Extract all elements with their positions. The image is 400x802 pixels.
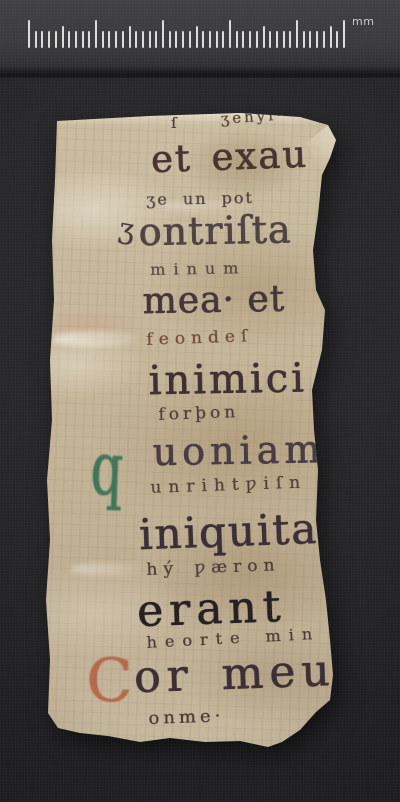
ruler-tick	[142, 31, 144, 48]
ruler-tick	[229, 20, 231, 48]
ruler-tick	[48, 31, 50, 48]
ruler-tick	[249, 31, 251, 48]
latin-iniquita: iniquita	[138, 504, 319, 559]
ruler-unit-label: mm	[352, 15, 374, 28]
manuscript-text-lines: ſʒehýſ·et exauʒe un potʒontriſtaminum⁊me…	[40, 105, 340, 755]
ruler-tick	[296, 20, 298, 48]
ruler-tick	[242, 31, 244, 48]
ruler-tick	[309, 31, 311, 48]
initial-quoniam-green: q	[89, 425, 124, 513]
gloss-on-me: onme·	[148, 705, 225, 729]
photograph: mm ſʒehýſ·et exauʒe un potʒontriſtaminum…	[0, 0, 400, 802]
ruler-tick	[196, 26, 198, 48]
manuscript-fragment: ſʒehýſ·et exauʒe un potʒontriſtaminum⁊me…	[40, 105, 340, 755]
ruler-tick	[108, 31, 110, 48]
gloss-forthon: forþon	[158, 402, 239, 425]
ruler-tick	[256, 31, 258, 48]
ruler-tick	[236, 31, 238, 48]
ruler-tick	[175, 31, 177, 48]
ruler: mm	[0, 0, 400, 78]
ruler-tick	[88, 31, 90, 48]
latin-contrista: ontriſta	[138, 207, 292, 254]
flourish-yogh: ʒ	[116, 211, 137, 246]
ruler-tick	[41, 31, 43, 48]
latin-or-meum: or meu	[133, 645, 336, 703]
ruler-tick	[162, 20, 164, 48]
gloss-top-partial-mark: ſ	[171, 114, 178, 132]
ruler-tick	[62, 26, 64, 48]
ruler-tick	[149, 31, 151, 48]
ruler-tick	[343, 20, 345, 48]
ruler-tick	[303, 31, 305, 48]
ruler-tick	[330, 26, 332, 48]
gloss-feondes: feondeſ	[146, 326, 253, 350]
latin-et-exaudi: et exau	[150, 133, 309, 181]
ruler-tick	[82, 31, 84, 48]
ruler-tick	[222, 31, 224, 48]
ruler-tick	[95, 20, 97, 48]
gloss-minum: minum	[150, 258, 246, 279]
ruler-tick	[276, 31, 278, 48]
latin-mea-et: mea· et	[142, 279, 285, 322]
gloss-top-partial: ʒehýſ·	[220, 106, 285, 128]
ruler-tick	[269, 31, 271, 48]
ruler-tick	[68, 31, 70, 48]
ruler-ticks	[28, 18, 358, 48]
gloss-tironian-et: ⁊	[315, 254, 327, 282]
ruler-tick	[155, 31, 157, 48]
ruler-tick	[129, 26, 131, 48]
ruler-tick	[55, 31, 57, 48]
ruler-tick	[122, 31, 124, 48]
ruler-tick	[115, 31, 117, 48]
gloss-hy-waeron: hý ƿæron	[146, 555, 281, 580]
latin-inimici: inimici	[148, 355, 307, 404]
gloss-unrihtwisn: unrihtƿiſn	[150, 473, 307, 498]
ruler-tick	[283, 31, 285, 48]
initial-cor-red: C	[86, 646, 132, 716]
ruler-tick	[202, 31, 204, 48]
ruler-tick	[28, 20, 30, 48]
parchment: ſʒehýſ·et exauʒe un potʒontriſtaminum⁊me…	[40, 105, 340, 755]
latin-uoniam: uoniam	[152, 427, 325, 474]
ruler-tick	[263, 26, 265, 48]
ruler-tick	[316, 31, 318, 48]
ruler-tick	[216, 31, 218, 48]
ruler-tick	[336, 31, 338, 48]
ruler-tick	[102, 31, 104, 48]
ruler-tick	[135, 31, 137, 48]
ruler-tick	[323, 31, 325, 48]
ruler-tick	[75, 31, 77, 48]
ruler-tick	[189, 31, 191, 48]
ruler-tick	[182, 31, 184, 48]
ruler-tick	[35, 31, 37, 48]
ruler-tick	[169, 31, 171, 48]
ruler-tick	[209, 31, 211, 48]
ruler-tick	[289, 31, 291, 48]
gloss-geunrot: ʒe un pot	[146, 188, 254, 209]
